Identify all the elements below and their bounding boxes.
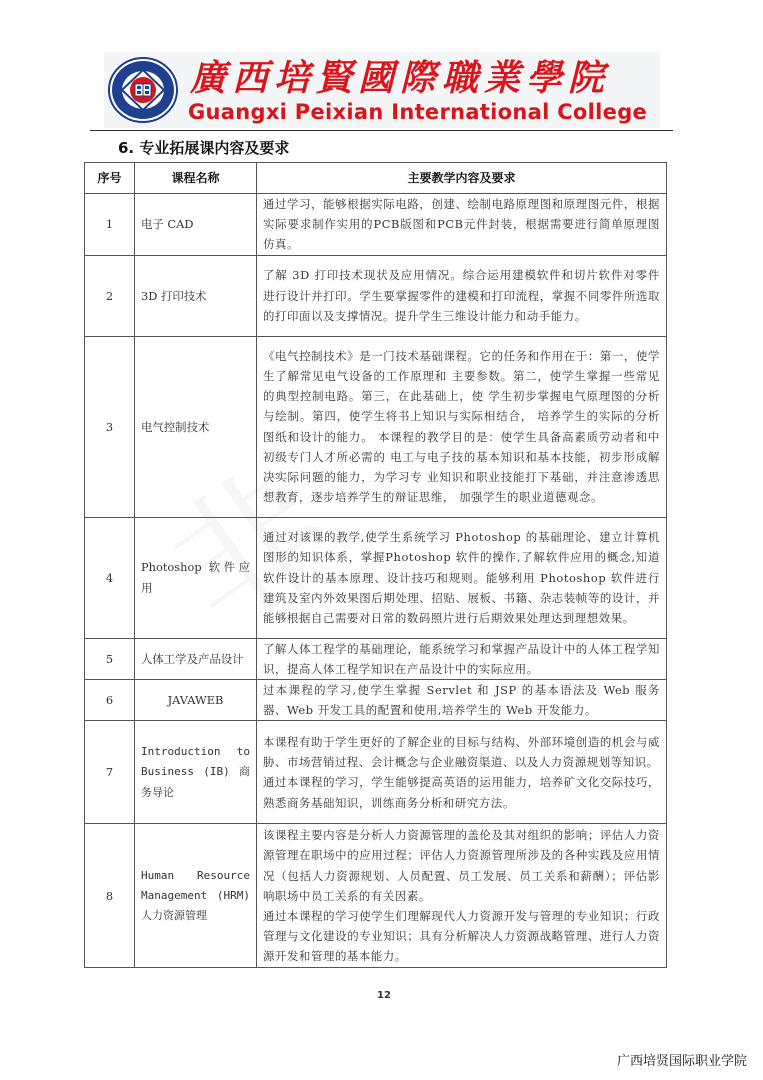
row-course-name: JAVAWEB [135,680,257,721]
row-no: 8 [85,824,135,968]
row-course-name: 电子 CAD [135,194,257,256]
table-row: 6 JAVAWEB 过本课程的学习,使学生掌握 Servlet 和 JSP 的基… [85,680,667,721]
table-row: 7 Introduction to Business (IB) 商务导论 本课程… [85,721,667,824]
table-header-row: 序号 课程名称 主要教学内容及要求 [85,163,667,194]
row-course-name: Introduction to Business (IB) 商务导论 [135,721,257,824]
table-row: 8 Human Resource Management (HRM) 人力资源管理… [85,824,667,968]
row-content: 通过对该课的教学,使学生系统学习 Photoshop 的基础理论、建立计算机图形… [257,517,667,638]
row-no: 5 [85,638,135,679]
course-table: 序号 课程名称 主要教学内容及要求 1 电子 CAD 通过学习，能够根据实际电路… [84,162,667,968]
row-content: 了解 3D 打印技术现状及应用情况。综合运用建模软件和切片软件对零件进行设计并打… [257,255,667,336]
section-title: 6. 专业拓展课内容及要求 [118,137,289,158]
table-row: 1 电子 CAD 通过学习，能够根据实际电路，创建、绘制电路原理图和原理图元件，… [85,194,667,256]
row-course-name: 电气控制技术 [135,336,257,517]
header-course-name: 课程名称 [135,163,257,194]
header-content: 主要教学内容及要求 [257,163,667,194]
row-course-name: Human Resource Management (HRM) 人力资源管理 [135,824,257,968]
header-no: 序号 [85,163,135,194]
row-no: 3 [85,336,135,517]
row-no: 4 [85,517,135,638]
table-row: 3 电气控制技术 《电气控制技术》是一门技术基础课程。它的任务和作用在于：第一，… [85,336,667,517]
table-row: 5 人体工学及产品设计 了解人体工程学的基础理论，能系统学习和掌握产品设计中的人… [85,638,667,679]
row-no: 1 [85,194,135,256]
row-course-name: 人体工学及产品设计 [135,638,257,679]
row-no: 6 [85,680,135,721]
row-content: 过本课程的学习,使学生掌握 Servlet 和 JSP 的基本语法及 Web 服… [257,680,667,721]
row-content: 本课程有助于学生更好的了解企业的目标与结构、外部环境创造的机会与威胁、市场营销过… [257,721,667,824]
header-divider [90,130,673,131]
row-no: 7 [85,721,135,824]
row-no: 2 [85,255,135,336]
college-name-en: Guangxi Peixian International College [188,100,647,124]
row-content: 通过学习，能够根据实际电路，创建、绘制电路原理图和原理图元件，根据实际要求制作实… [257,194,667,256]
row-content: 《电气控制技术》是一门技术基础课程。它的任务和作用在于：第一，使学生了解常见电气… [257,336,667,517]
college-name-cn: 廣西培賢國際職業學院 [190,56,610,100]
row-course-name: 3D 打印技术 [135,255,257,336]
college-logo-icon [108,56,178,124]
row-content: 该课程主要内容是分析人力资源管理的盖伦及其对组织的影响；评估人力资源管理在职场中… [257,824,667,968]
table-row: 4 Photoshop 软件应用 通过对该课的教学,使学生系统学习 Photos… [85,517,667,638]
row-content: 了解人体工程学的基础理论，能系统学习和掌握产品设计中的人体工程学知识，提高人体工… [257,638,667,679]
table-row: 2 3D 打印技术 了解 3D 打印技术现状及应用情况。综合运用建模软件和切片软… [85,255,667,336]
college-banner: 廣西培賢國際職業學院 Guangxi Peixian International… [104,52,660,128]
page-number: 12 [377,990,391,1001]
row-course-name: Photoshop 软件应用 [135,517,257,638]
footer-brand: 广西培贤国际职业学院 [617,1050,747,1069]
